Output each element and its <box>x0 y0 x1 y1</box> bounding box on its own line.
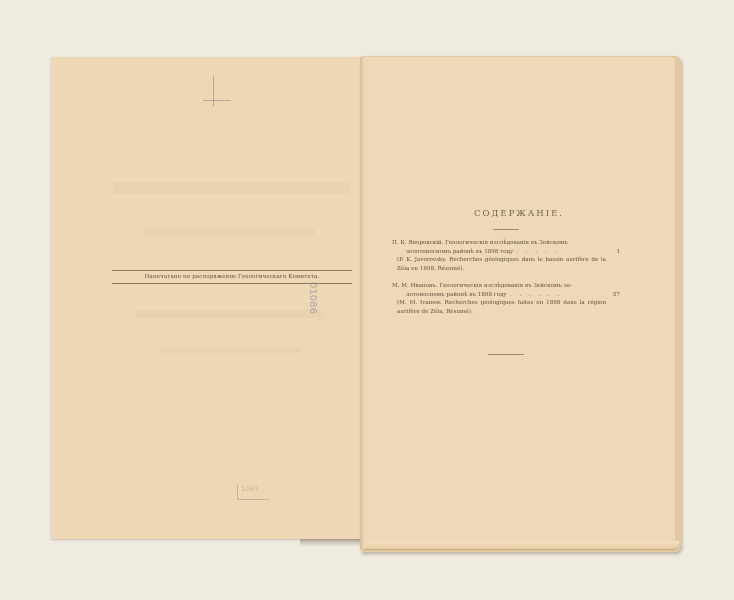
entry-title-line1: Геологическія изслѣдованія въ Зейскомъ з… <box>439 283 572 289</box>
pencil-mark <box>213 76 214 106</box>
left-page-shadow <box>300 539 363 547</box>
pencil-mark <box>203 100 231 101</box>
show-through-text <box>145 229 315 235</box>
entry-page-number: 57 <box>600 291 620 300</box>
toc-title: СОДЕРЖАНІЕ. <box>363 209 675 219</box>
entry-author: М. М. Ивановъ. <box>392 283 438 289</box>
entry-title-line2: золотоносномъ районѣ въ 1898 году <box>406 248 513 257</box>
show-through-text <box>135 310 323 318</box>
title-rule <box>493 229 519 230</box>
entry-french-summary: (M. M. Ivanow. Recherches géologiques fa… <box>392 299 620 316</box>
right-page-bottom-edge <box>363 541 679 550</box>
leader-dots: . . . . . . <box>507 291 600 300</box>
show-through-text <box>113 182 349 194</box>
toc-entry: П. К. Яворовскій. Геологическія изслѣдов… <box>392 239 620 273</box>
closing-rule <box>488 354 524 355</box>
entry-french-summary: (P. K. Javorovsky. Recherches géologique… <box>392 256 620 273</box>
faint-stamp: 1083 <box>237 485 269 500</box>
entry-title-line2: лотоносномъ районѣ въ 1898 году <box>406 291 507 300</box>
pencil-inventory-number: 01086 <box>307 282 318 314</box>
entry-title-line1: Геологическія изслѣдованія въ Зейскомъ <box>445 240 568 246</box>
entry-author: П. К. Яворовскій. <box>392 240 443 246</box>
leader-dots: . . . . . <box>513 248 600 257</box>
toc-entry: М. М. Ивановъ. Геологическія изслѣдовані… <box>392 282 620 316</box>
entry-page-number: 1 <box>600 248 620 257</box>
show-through-text <box>160 347 300 353</box>
book-gutter <box>360 57 366 549</box>
